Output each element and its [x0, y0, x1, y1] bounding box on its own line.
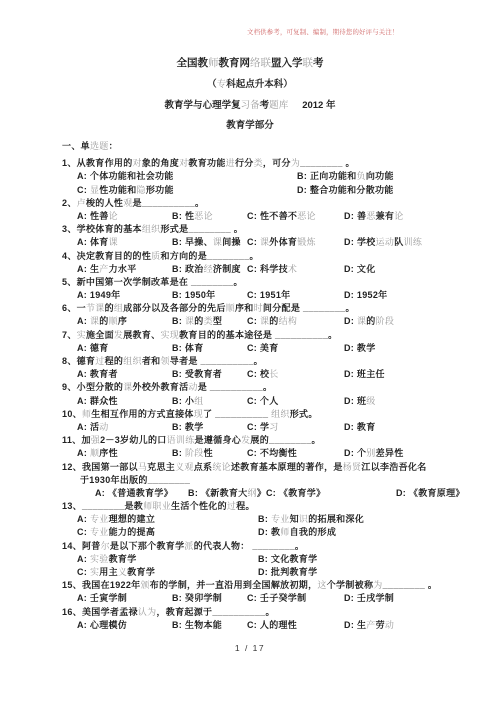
- light-glyph: 过: [227, 501, 236, 511]
- light-glyph: 选: [90, 141, 99, 151]
- question-block: 3、学校体育的基本组织形式是________ 。A: 体育课B: 早操、课间操C…: [62, 223, 474, 249]
- light-glyph: 杨: [343, 462, 352, 472]
- light-glyph: 练: [413, 237, 422, 247]
- option-item: D: 善恶兼有论: [344, 210, 404, 223]
- question-line: 6、一节课的组成部分以及各部分的先后顺序和时间分配是 ________。: [62, 302, 474, 315]
- light-glyph: 产: [99, 264, 108, 274]
- light-glyph: 统: [212, 462, 221, 472]
- page-number: 1 / 17: [0, 643, 500, 653]
- light-glyph: 论: [394, 211, 403, 221]
- doc-part: 教育学部分: [0, 116, 500, 136]
- question-block: 1、从教育作用的对象的角度对教育功能进行分类，可分为________ 。A: 个…: [62, 157, 474, 197]
- section-heading: 一、单选题：: [62, 140, 474, 153]
- question-block: 9、小型分散的课外校外教育活动是 __________。A: 群众性B: 小组C…: [62, 381, 474, 407]
- light-glyph: 论: [204, 211, 213, 221]
- option-item: B: 1950年: [172, 289, 247, 302]
- option-row: A: 顺序性B: 阶段性C: 不均衡性D: 个别差异性: [62, 447, 474, 460]
- light-glyph: 训: [176, 435, 185, 445]
- light-glyph: 组: [194, 396, 203, 406]
- option-item: A: 专业理想的建立: [77, 513, 258, 526]
- question-block: 2、卢梭的人性观是__________。A: 性善论B: 性恶论C: 性不善不恶…: [62, 197, 474, 223]
- option-item: C: 实用主义教育学: [77, 566, 258, 579]
- option-item: D: 教师自我的形成: [258, 526, 336, 539]
- light-glyph: 类: [254, 158, 263, 168]
- light-glyph: 观: [123, 198, 132, 208]
- option-item: C: 《教育学》: [266, 487, 396, 500]
- question-block: 11、加强2－3岁幼儿的口语训练是遵循身心发展的________。A: 顺序性B…: [62, 434, 474, 460]
- light-glyph: 炼: [307, 237, 316, 247]
- light-glyph: 段: [385, 316, 394, 326]
- question-line: 7、实施全面发展教育、实现教育目的的基本途径是 __________。: [62, 329, 474, 342]
- question-line: 4、决定教育目的的性质和方向的是________。: [62, 250, 474, 263]
- question-line: 9、小型分散的课外校外教育活动是 __________。: [62, 381, 474, 394]
- option-row: A: 活动B: 教学C: 学习D: 教育: [62, 421, 474, 434]
- light-glyph: 师: [82, 409, 91, 419]
- option-item: C: 不均衡性: [247, 447, 344, 460]
- light-glyph: 络: [250, 57, 261, 69]
- light-glyph: 运: [376, 237, 385, 247]
- option-item: C: 性不善不恶论: [247, 210, 344, 223]
- light-glyph: 显: [90, 185, 99, 195]
- option-item: B: 《新教育大纲》: [188, 487, 266, 500]
- light-glyph: 结: [279, 316, 288, 326]
- light-glyph: 负: [357, 171, 366, 181]
- light-glyph: 恶: [366, 211, 375, 221]
- question-line: 11、加强2－3岁幼儿的口语训练是遵循身心发展的________。: [62, 434, 474, 447]
- option-item: C: 显性功能和隐形功能: [77, 184, 297, 197]
- option-item: C: 美育: [247, 342, 344, 355]
- option-item: D: 课的阶段: [344, 315, 394, 328]
- light-glyph: 锻: [297, 237, 306, 247]
- option-item: B: 受教育者: [172, 368, 247, 381]
- doc-year: 2012 年: [302, 100, 335, 111]
- watermark-note: 文档供参考，可复制、编制，期待您的好评与关注！: [247, 27, 399, 36]
- option-row: A: 教育者B: 受教育者C: 校长D: 班主任: [62, 368, 474, 381]
- option-item: A: 个体功能和社会功能: [77, 170, 297, 183]
- light-glyph: 动: [385, 620, 394, 630]
- option-item: A: 德育: [77, 342, 172, 355]
- option-row: A: 《普通教育学》B: 《新教育大纲》C: 《教育学》D: 《教育原理》: [62, 487, 474, 500]
- option-row: A: 个体功能和社会功能B: 正向功能和负向功能: [62, 170, 474, 183]
- light-glyph: 训: [404, 237, 413, 247]
- option-item: B: 阶段性: [172, 447, 247, 460]
- option-item: D: 文化: [344, 263, 376, 276]
- option-row: A: 实验教育学B: 文化教育学: [62, 553, 474, 566]
- option-item: D: 整合功能和分散功能: [297, 184, 394, 197]
- question-line: 于1930年出版的________: [62, 474, 474, 487]
- light-glyph: 术: [288, 264, 297, 274]
- option-row: A: 壬寅学制B: 癸卯学制C: 壬子癸学制D: 壬戌学制: [62, 592, 474, 605]
- light-glyph: 领: [160, 356, 169, 366]
- option-item: B: 体育: [172, 342, 247, 355]
- light-glyph: 专: [217, 79, 227, 90]
- option-item: A: 壬寅学制: [77, 592, 172, 605]
- question-block: 5、新中国第一次学制改革是在 ________。A: 1949年B: 1950年…: [62, 276, 474, 302]
- option-item: B: 专业知识的拓展和深化: [258, 513, 364, 526]
- light-glyph: 阶: [376, 316, 385, 326]
- light-glyph: 段: [194, 448, 203, 458]
- light-glyph: 对: [179, 158, 188, 168]
- light-glyph: 现: [170, 330, 179, 340]
- option-item: D: 《教育原理》: [396, 487, 465, 500]
- light-glyph: 发: [114, 330, 123, 340]
- option-item: A: 生产力水平: [77, 263, 172, 276]
- option-row: C: 显性功能和隐形功能D: 整合功能和分散功能: [62, 184, 474, 197]
- question-block: 7、实施全面发展教育、实现教育目的的基本途径是 __________。A: 德育…: [62, 329, 474, 355]
- light-glyph: 织: [280, 409, 289, 419]
- light-glyph: 这: [317, 580, 326, 590]
- question-line: 1、从教育作用的对象的角度对教育功能进行分类，可分为________ 。: [62, 157, 474, 170]
- light-glyph: 论: [109, 211, 118, 221]
- light-glyph: 现: [194, 409, 203, 419]
- light-glyph: 为: [291, 158, 300, 168]
- doc-title: 全国教师教育网络联盟入学联考: [0, 52, 500, 74]
- light-glyph: 顺: [109, 316, 118, 326]
- option-item: A: 心理模仿: [77, 619, 172, 632]
- option-row: C: 实用主义教育学D: 批判教育学: [62, 566, 474, 579]
- light-glyph: 联: [303, 57, 314, 69]
- option-row: A: 德育B: 体育C: 美育D: 教学: [62, 342, 474, 355]
- light-glyph: 卢: [77, 198, 86, 208]
- light-glyph: 织: [133, 356, 142, 366]
- light-glyph: 织: [151, 224, 160, 234]
- option-item: D: 教学: [344, 342, 376, 355]
- option-row: A: 专业理想的建立B: 专业知识的拓展和深化: [62, 513, 474, 526]
- light-glyph: 为: [373, 580, 382, 590]
- light-glyph: 库: [279, 100, 289, 111]
- question-line: 3、学校体育的基本组织形式是________ 。: [62, 223, 474, 236]
- question-block: 13、________是教师职业生活个性化的过程。A: 专业理想的建立B: 专业…: [62, 500, 474, 540]
- question-block: 12、我国第一部以马克思主义观点系统论述教育基本原理的著作，是杨贤江以李浩吾化名…: [62, 461, 474, 501]
- light-glyph: 业: [99, 514, 108, 524]
- question-line: 5、新中国第一次学制改革是在 ________。: [62, 276, 474, 289]
- light-glyph: 时: [254, 303, 263, 313]
- option-item: D: 教育: [344, 421, 376, 434]
- light-glyph: 恶: [297, 211, 306, 221]
- light-glyph: 级: [366, 396, 375, 406]
- light-glyph: 产: [366, 620, 375, 630]
- light-glyph: 动: [99, 422, 108, 432]
- option-item: D: 1952年: [344, 289, 387, 302]
- option-row: A: 1949年B: 1950年C: 1951年D: 1952年: [62, 289, 474, 302]
- light-glyph: 别: [366, 448, 375, 458]
- light-glyph: 义: [175, 462, 184, 472]
- light-glyph: 识: [299, 514, 308, 524]
- light-glyph: 恶: [194, 211, 203, 221]
- light-glyph: 题: [269, 100, 279, 111]
- light-glyph: 习: [269, 422, 278, 432]
- light-glyph: 专: [90, 527, 99, 537]
- light-glyph: 课: [213, 237, 222, 247]
- option-item: A: 活动: [77, 421, 172, 434]
- question-block: 16、美国学者孟禄认为，教育起源于__________。A: 心理模仿B: 生物…: [62, 606, 474, 632]
- light-glyph: 论: [307, 211, 316, 221]
- light-glyph: 课: [90, 316, 99, 326]
- option-item: C: 课的结构: [247, 315, 344, 328]
- light-glyph: 实: [77, 330, 86, 340]
- question-block: 14、阿普尔是以下那个教育学派的代表人物： ________。A: 实验教育学B…: [62, 540, 474, 580]
- light-glyph: 组: [271, 409, 280, 419]
- option-item: A: 体育课: [77, 236, 172, 249]
- option-item: D: 生产劳动: [344, 619, 394, 632]
- light-glyph: 师: [280, 527, 289, 537]
- option-item: B: 政治经济制度: [172, 263, 247, 276]
- option-item: C: 学习: [247, 421, 344, 434]
- light-glyph: 论: [222, 462, 231, 472]
- option-item: A: 教育者: [77, 368, 172, 381]
- light-glyph: 构: [288, 316, 297, 326]
- option-item: B: 课的类型: [172, 315, 247, 328]
- option-item: B: 癸卯学制: [172, 592, 247, 605]
- option-item: B: 性恶论: [172, 210, 247, 223]
- question-block: 8、德育过程的组织者和领导者是 __________。A: 教育者B: 受教育者…: [62, 355, 474, 381]
- option-item: B: 早操、课间操: [172, 236, 247, 249]
- light-glyph: 对: [133, 158, 142, 168]
- light-glyph: 联: [261, 57, 272, 69]
- option-item: C: 1951年: [247, 289, 344, 302]
- document-header: 全国教师教育网络联盟入学联考 （专科起点升本科） 教育学与心理学复习备考题库20…: [0, 52, 500, 136]
- option-item: D: 批判教育学: [258, 566, 317, 579]
- light-glyph: 课: [260, 237, 269, 247]
- option-item: D: 壬戌学制: [344, 592, 394, 605]
- option-item: A: 性善论: [77, 210, 172, 223]
- light-glyph: 过: [95, 356, 104, 366]
- option-item: B: 生物本能: [172, 619, 247, 632]
- option-item: A: 群众性: [77, 395, 172, 408]
- question-line: 15、我国在1922年颁布的学制，并一直沿用到全国解放初期，这个学制被称为___…: [62, 579, 474, 592]
- light-glyph: 义: [118, 567, 127, 577]
- light-glyph: 组: [142, 224, 151, 234]
- question-block: 15、我国在1922年颁布的学制，并一直沿用到全国解放初期，这个学制被称为___…: [62, 579, 474, 605]
- light-glyph: 课: [357, 316, 366, 326]
- light-glyph: 类: [204, 316, 213, 326]
- light-glyph: 长: [269, 369, 278, 379]
- light-glyph: 师: [208, 57, 219, 69]
- light-glyph: 动: [188, 382, 197, 392]
- light-glyph: 发: [241, 435, 250, 445]
- option-item: A: 实验教育学: [77, 553, 258, 566]
- option-item: D: 班级: [344, 395, 376, 408]
- light-glyph: 课: [123, 382, 132, 392]
- question-line: 10、师生相互作用的方式直接体现了 __________ 组织形式。: [62, 408, 474, 421]
- option-item: C: 校长: [247, 368, 344, 381]
- light-glyph: 师: [143, 501, 152, 511]
- light-glyph: 专: [90, 514, 99, 524]
- option-item: C: 人的理性: [247, 619, 344, 632]
- option-item: A: 顺序性: [77, 447, 172, 460]
- option-row: A: 群众性B: 小组C: 个人D: 班级: [62, 395, 474, 408]
- light-glyph: 课: [260, 316, 269, 326]
- option-row: A: 课的顺序B: 课的类型C: 课的结构D: 课的阶段: [62, 315, 474, 328]
- light-glyph: 质: [151, 251, 160, 261]
- light-glyph: 专: [271, 514, 280, 524]
- light-glyph: 顺: [226, 303, 235, 313]
- option-item: B: 正向功能和负向功能: [297, 170, 394, 183]
- question-block: 10、师生相互作用的方式直接体现了 __________ 组织形式。A: 活动B…: [62, 408, 474, 434]
- light-glyph: 课: [109, 237, 118, 247]
- doc-bank-title: 教育学与心理学复习备考题库: [165, 100, 289, 111]
- option-item: B: 文化教育学: [258, 553, 317, 566]
- light-glyph: 为: [147, 607, 156, 617]
- light-glyph: 习: [241, 100, 251, 111]
- light-glyph: 观: [184, 462, 193, 472]
- light-glyph: 课: [95, 303, 104, 313]
- option-row: A: 心理模仿B: 生物本能C: 人的理性D: 生产劳动: [62, 619, 474, 632]
- light-glyph: 业: [162, 501, 171, 511]
- light-glyph: 经: [204, 264, 213, 274]
- light-glyph: 组: [114, 303, 123, 313]
- question-line: 8、德育过程的组织者和领导者是 __________。: [62, 355, 474, 368]
- option-row: A: 性善论B: 性恶论C: 性不善不恶论D: 善恶兼有论: [62, 210, 474, 223]
- doc-edition: 教育学与心理学复习备考题库2012 年: [0, 95, 500, 116]
- option-row: A: 生产力水平B: 政治经济制度C: 科学技术D: 文化: [62, 263, 474, 276]
- option-item: A: 课的顺序: [77, 315, 172, 328]
- option-row: C: 专业能力的提高D: 教师自我的形成: [62, 526, 474, 539]
- question-line: 12、我国第一部以马克思主义观点系统论述教育基本原理的著作，是杨贤江以李浩吾化名: [62, 461, 474, 474]
- option-item: D: 班主任: [344, 368, 385, 381]
- option-item: A: 《普通教育学》: [95, 487, 188, 500]
- light-glyph: 练: [185, 435, 194, 445]
- light-glyph: 职: [152, 501, 161, 511]
- light-glyph: 实: [90, 554, 99, 564]
- question-line: 13、________是教师职业生活个性化的过程。: [62, 500, 474, 513]
- light-glyph: 动: [385, 237, 394, 247]
- question-block: 6、一节课的组成部分以及各部分的先后顺序和时间分配是 ________。A: 课…: [62, 302, 474, 328]
- question-list: 一、单选题： 1、从教育作用的对象的角度对教育功能进行分类，可分为_______…: [62, 140, 474, 632]
- light-glyph: 纲: [248, 488, 257, 498]
- doc-subtitle: （专科起点升本科）: [0, 74, 500, 95]
- option-item: C: 个人: [247, 395, 344, 408]
- light-glyph: 业: [280, 514, 289, 524]
- light-glyph: 课: [185, 316, 194, 326]
- light-glyph: 语: [167, 435, 176, 445]
- light-glyph: 业: [99, 527, 108, 537]
- light-glyph: 派: [184, 541, 193, 551]
- question-line: 16、美国学者孟禄认为，教育起源于__________。: [62, 606, 474, 619]
- light-glyph: 贤: [352, 462, 361, 472]
- light-glyph: 尔: [101, 541, 110, 551]
- question-block: 4、决定教育目的的性质和方向的是________。A: 生产力水平B: 政治经济…: [62, 250, 474, 276]
- light-glyph: 验: [99, 554, 108, 564]
- option-item: B: 小组: [172, 395, 247, 408]
- light-glyph: 阶: [185, 448, 194, 458]
- light-glyph: 节: [86, 303, 95, 313]
- option-item: C: 科学技术: [247, 263, 344, 276]
- light-glyph: 实: [90, 567, 99, 577]
- light-glyph: 马: [138, 462, 147, 472]
- question-line: 14、阿普尔是以下那个教育学派的代表人物： ________。: [62, 540, 474, 553]
- option-item: D: 个别差异性: [344, 447, 404, 460]
- questions-container: 1、从教育作用的对象的角度对教育功能进行分类，可分为________ 。A: 个…: [62, 157, 474, 632]
- option-item: B: 教学: [172, 421, 247, 434]
- option-item: D: 学校运动队训练: [344, 236, 422, 249]
- light-glyph: 认: [138, 607, 147, 617]
- option-item: C: 壬子癸学制: [247, 592, 344, 605]
- light-glyph: 进: [226, 158, 235, 168]
- option-item: C: 专业能力的提高: [77, 526, 258, 539]
- light-glyph: 题: [99, 141, 108, 151]
- option-row: A: 体育课B: 早操、课间操C: 课外体育锻炼D: 学校运动队训练: [62, 236, 474, 249]
- light-glyph: 颁: [140, 580, 149, 590]
- option-item: C: 课外体育锻炼: [247, 236, 344, 249]
- question-line: 2、卢梭的人性观是__________。: [62, 197, 474, 210]
- light-glyph: 实: [160, 330, 169, 340]
- light-glyph: 顺: [90, 448, 99, 458]
- light-glyph: 强: [91, 435, 100, 445]
- light-glyph: 隐: [137, 185, 146, 195]
- light-glyph: 组: [123, 356, 132, 366]
- light-glyph: 备: [250, 100, 260, 111]
- option-item: A: 1949年: [77, 289, 172, 302]
